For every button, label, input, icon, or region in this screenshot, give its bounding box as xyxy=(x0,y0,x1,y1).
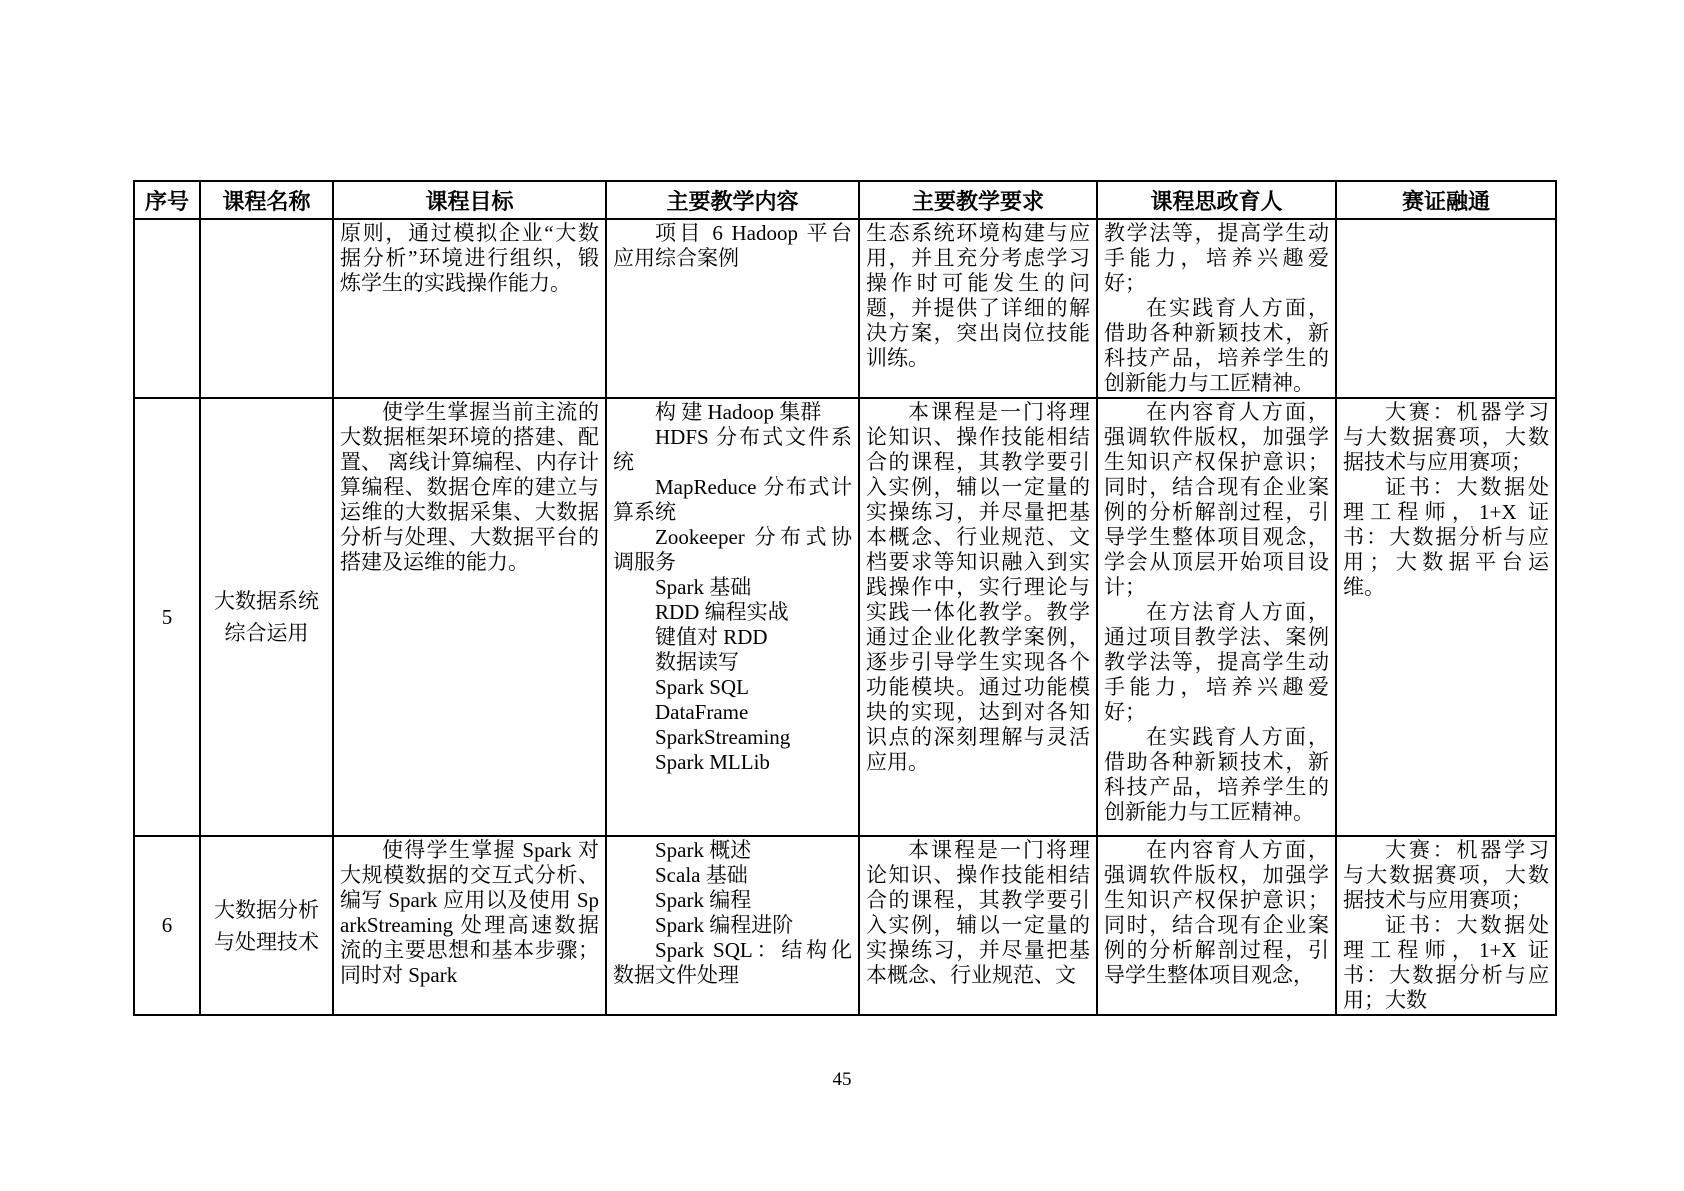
requirements-cell: 本课程是一门将理论知识、操作技能相结合的课程，其教学要引入实例，辅以一定量的实操… xyxy=(859,398,1097,836)
paragraph: 大赛：机器学习与大数据赛项，大数据技术与应用赛项； xyxy=(1343,838,1549,913)
paragraph: 键值对 RDD xyxy=(613,625,852,650)
content-cell: 构 建 Hadoop 集群HDFS 分布式文件系统MapReduce 分布式计算… xyxy=(606,398,859,836)
paragraph: 使学生掌握当前主流的大数据框架环境的搭建、配置、 离线计算编程、内存计算编程、数… xyxy=(340,400,599,575)
objectives-cell: 使得学生掌握 Spark 对大规模数据的交互式分析、编写 Spark 应用以及使… xyxy=(333,836,606,1015)
paragraph: Spark SQL：结构化数据文件处理 xyxy=(613,938,852,988)
paragraph: Spark MLLib xyxy=(613,750,852,775)
paragraph: 在内容育人方面，强调软件版权，加强学生知识产权保护意识；同时，结合现有企业案例的… xyxy=(1104,400,1329,600)
paragraph: Spark 编程 xyxy=(613,888,852,913)
header-seq: 序号 xyxy=(134,181,200,219)
paragraph: Scala 基础 xyxy=(613,863,852,888)
paragraph: 项目 6 Hadoop 平台应用综合案例 xyxy=(613,221,852,271)
objectives-cell: 使学生掌握当前主流的大数据框架环境的搭建、配置、 离线计算编程、内存计算编程、数… xyxy=(333,398,606,836)
course-table: 序号 课程名称 课程目标 主要教学内容 主要教学要求 课程思政育人 赛证融通 原… xyxy=(133,180,1557,1016)
header-content: 主要教学内容 xyxy=(606,181,859,219)
table-row-continuation: 原则，通过模拟企业“大数据分析”环境进行组织，锻炼学生的实践操作能力。 项目 6… xyxy=(134,219,1556,398)
paragraph: 大赛：机器学习与大数据赛项，大数据技术与应用赛项； xyxy=(1343,400,1549,475)
paragraph: RDD 编程实战 xyxy=(613,600,852,625)
paragraph: 教学法等，提高学生动手能力，培养兴趣爱好； xyxy=(1104,221,1329,296)
seq-cell: 6 xyxy=(134,836,200,1015)
header-objectives: 课程目标 xyxy=(333,181,606,219)
header-ideology: 课程思政育人 xyxy=(1097,181,1336,219)
paragraph: HDFS 分布式文件系统 xyxy=(613,425,852,475)
paragraph: 证书：大数据处理工程师，1+X 证书：大数据分析与应用；大数 xyxy=(1343,913,1549,1013)
paragraph: 使得学生掌握 Spark 对大规模数据的交互式分析、编写 Spark 应用以及使… xyxy=(340,838,599,988)
header-course-name: 课程名称 xyxy=(200,181,333,219)
paragraph: Zookeeper 分布式协调服务 xyxy=(613,525,852,575)
table-row-6: 6 大数据分析 与处理技术 使得学生掌握 Spark 对大规模数据的交互式分析、… xyxy=(134,836,1556,1015)
paragraph: Spark SQL xyxy=(613,675,852,700)
content-cell: 项目 6 Hadoop 平台应用综合案例 xyxy=(606,219,859,398)
paragraph: 原则，通过模拟企业“大数据分析”环境进行组织，锻炼学生的实践操作能力。 xyxy=(340,221,599,296)
paragraph: 证书：大数据处理工程师，1+X 证书：大数据分析与应用；大数据平台运维。 xyxy=(1343,475,1549,600)
ideology-cell: 在内容育人方面，强调软件版权，加强学生知识产权保护意识；同时，结合现有企业案例的… xyxy=(1097,836,1336,1015)
certification-cell: 大赛：机器学习与大数据赛项，大数据技术与应用赛项；证书：大数据处理工程师，1+X… xyxy=(1336,398,1556,836)
header-certification: 赛证融通 xyxy=(1336,181,1556,219)
table-row-5: 5 大数据系统 综合运用 使学生掌握当前主流的大数据框架环境的搭建、配置、 离线… xyxy=(134,398,1556,836)
seq-cell: 5 xyxy=(134,398,200,836)
table-body: 原则，通过模拟企业“大数据分析”环境进行组织，锻炼学生的实践操作能力。 项目 6… xyxy=(134,219,1556,1015)
paragraph: DataFrame xyxy=(613,700,852,725)
paragraph: 在实践育人方面，借助各种新颖技术，新科技产品，培养学生的创新能力与工匠精神。 xyxy=(1104,296,1329,396)
paragraph: 在内容育人方面，强调软件版权，加强学生知识产权保护意识；同时，结合现有企业案例的… xyxy=(1104,838,1329,988)
paragraph: 本课程是一门将理论知识、操作技能相结合的课程，其教学要引入实例，辅以一定量的实操… xyxy=(866,838,1090,988)
requirements-cell: 本课程是一门将理论知识、操作技能相结合的课程，其教学要引入实例，辅以一定量的实操… xyxy=(859,836,1097,1015)
paragraph: 构 建 Hadoop 集群 xyxy=(613,400,852,425)
paragraph: Spark 编程进阶 xyxy=(613,913,852,938)
course-table-wrap: 序号 课程名称 课程目标 主要教学内容 主要教学要求 课程思政育人 赛证融通 原… xyxy=(133,180,1557,1016)
paragraph: 本课程是一门将理论知识、操作技能相结合的课程，其教学要引入实例，辅以一定量的实操… xyxy=(866,400,1090,775)
course-name-cell: 大数据系统 综合运用 xyxy=(200,398,333,836)
paragraph: MapReduce 分布式计算系统 xyxy=(613,475,852,525)
paragraph: Spark 概述 xyxy=(613,838,852,863)
ideology-cell: 教学法等，提高学生动手能力，培养兴趣爱好；在实践育人方面，借助各种新颖技术，新科… xyxy=(1097,219,1336,398)
certification-cell xyxy=(1336,219,1556,398)
page-number: 45 xyxy=(0,1069,1684,1091)
requirements-cell: 生态系统环境构建与应用，并且充分考虑学习操作时可能发生的问题，并提供了详细的解决… xyxy=(859,219,1097,398)
ideology-cell: 在内容育人方面，强调软件版权，加强学生知识产权保护意识；同时，结合现有企业案例的… xyxy=(1097,398,1336,836)
paragraph: 数据读写 xyxy=(613,650,852,675)
table-header: 序号 课程名称 课程目标 主要教学内容 主要教学要求 课程思政育人 赛证融通 xyxy=(134,181,1556,219)
objectives-cell: 原则，通过模拟企业“大数据分析”环境进行组织，锻炼学生的实践操作能力。 xyxy=(333,219,606,398)
header-row: 序号 课程名称 课程目标 主要教学内容 主要教学要求 课程思政育人 赛证融通 xyxy=(134,181,1556,219)
paragraph: Spark 基础 xyxy=(613,575,852,600)
content-cell: Spark 概述Scala 基础Spark 编程Spark 编程进阶Spark … xyxy=(606,836,859,1015)
document-page: 序号 课程名称 课程目标 主要教学内容 主要教学要求 课程思政育人 赛证融通 原… xyxy=(0,0,1684,1191)
course-name-cell: 大数据分析 与处理技术 xyxy=(200,836,333,1015)
paragraph: 在实践育人方面，借助各种新颖技术，新科技产品，培养学生的创新能力与工匠精神。 xyxy=(1104,725,1329,825)
certification-cell: 大赛：机器学习与大数据赛项，大数据技术与应用赛项；证书：大数据处理工程师，1+X… xyxy=(1336,836,1556,1015)
paragraph: 生态系统环境构建与应用，并且充分考虑学习操作时可能发生的问题，并提供了详细的解决… xyxy=(866,221,1090,371)
paragraph: SparkStreaming xyxy=(613,725,852,750)
course-name-cell xyxy=(200,219,333,398)
paragraph: 在方法育人方面，通过项目教学法、案例教学法等，提高学生动手能力，培养兴趣爱好； xyxy=(1104,600,1329,725)
seq-cell xyxy=(134,219,200,398)
header-requirements: 主要教学要求 xyxy=(859,181,1097,219)
